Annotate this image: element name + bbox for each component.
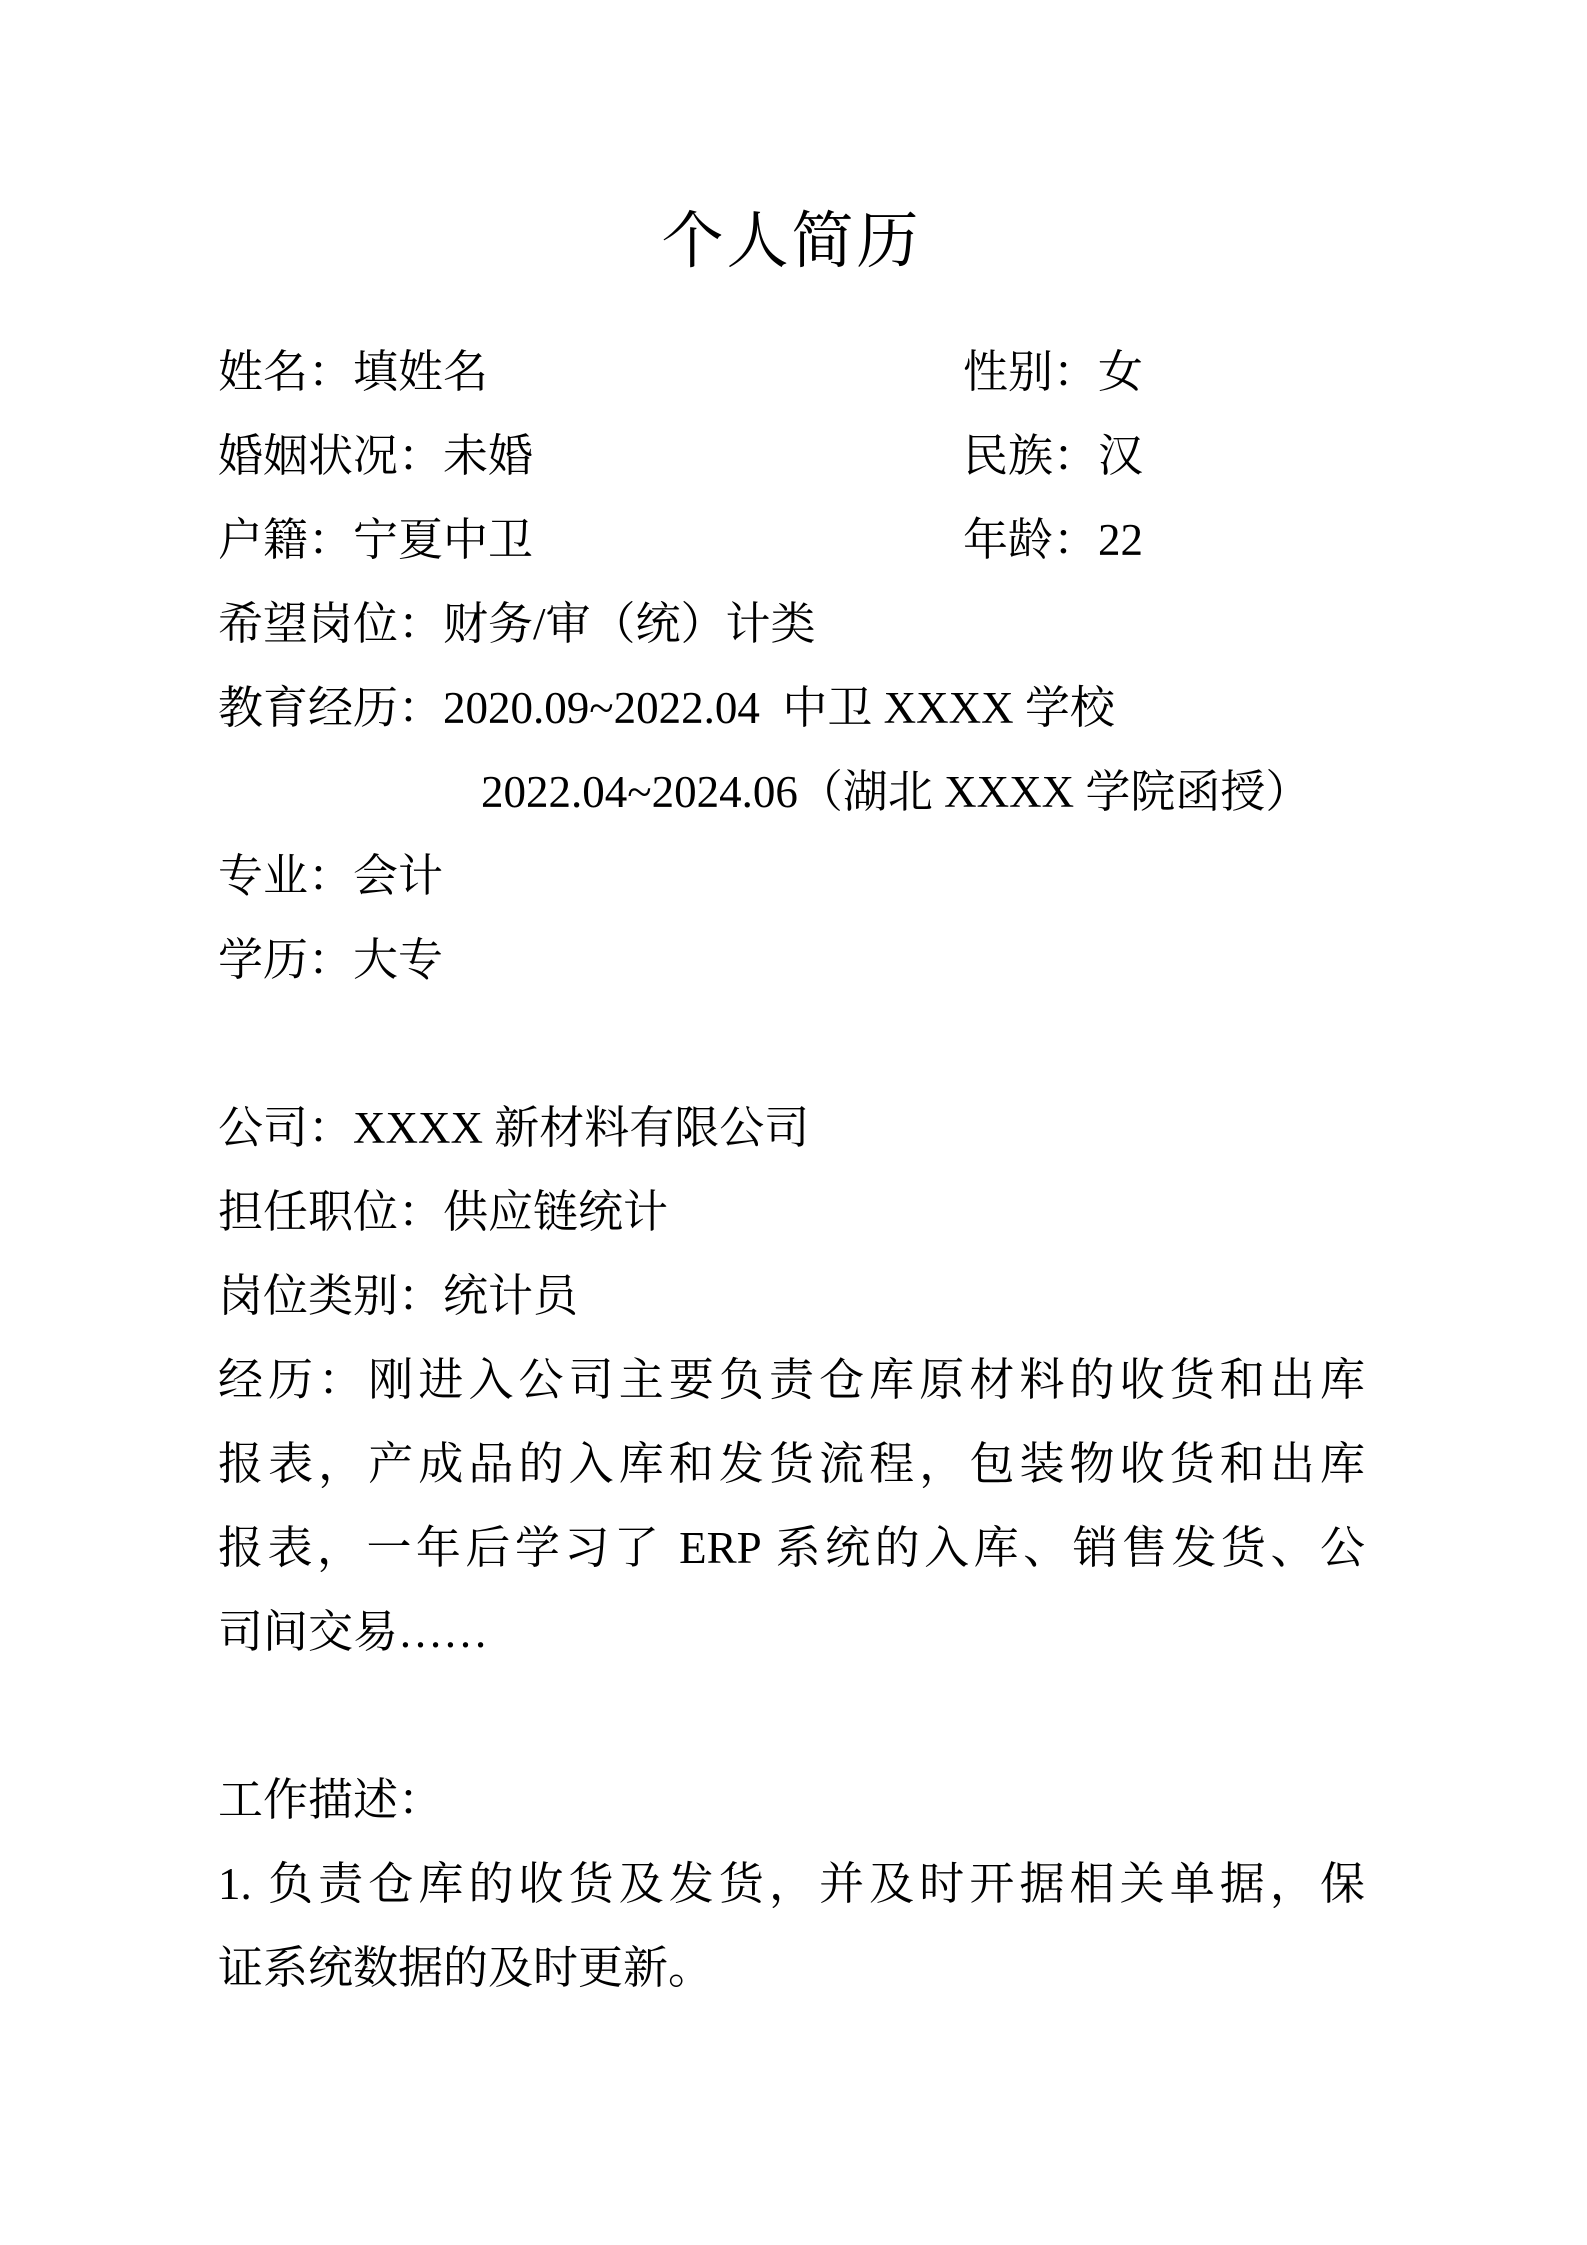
field-experience-label: 经历： (218, 1355, 368, 1405)
field-major: 专业：会计 (218, 834, 1365, 918)
field-education-label: 教育经历： (218, 683, 443, 733)
field-name-label: 姓名： (218, 347, 353, 397)
field-age-label: 年龄： (963, 515, 1098, 565)
experience-text-3: 报表，一年后学习了 ERP 系统的入库、销售发货、公 (218, 1523, 1365, 1573)
field-name: 姓名：填姓名 (218, 330, 963, 414)
field-major-label: 专业： (218, 851, 353, 901)
field-education-line2: 2022.04~2024.06（湖北 XXXX 学院函授） (218, 750, 1365, 834)
field-degree-label: 学历： (218, 935, 353, 985)
job-description-item1-line2: 证系统数据的及时更新。 (218, 1926, 1365, 2010)
field-education-entry-1: 2020.09~2022.04 中卫 XXXX 学校 (443, 683, 1115, 733)
field-age: 年龄：22 (963, 498, 1365, 582)
job-description-item1-line1: 1. 负责仓库的收货及发货，并及时开据相关单据，保 (218, 1842, 1365, 1926)
experience-paragraph-line4: 司间交易…… (218, 1590, 1365, 1674)
field-position-value: 供应链统计 (443, 1187, 668, 1237)
row-name-gender: 姓名：填姓名 性别：女 (218, 330, 1365, 414)
row-marital-ethnicity: 婚姻状况：未婚 民族：汉 (218, 414, 1365, 498)
spacer-line (218, 1002, 1365, 1086)
field-degree: 学历：大专 (218, 918, 1365, 1002)
experience-text-1: 刚进入公司主要负责仓库原材料的收货和出库 (368, 1355, 1365, 1405)
field-residence-label: 户籍： (218, 515, 353, 565)
field-ethnicity-label: 民族： (963, 431, 1098, 481)
field-gender-value: 女 (1098, 347, 1143, 397)
experience-paragraph-line1: 经历：刚进入公司主要负责仓库原材料的收货和出库 (218, 1338, 1365, 1422)
page-title: 个人简历 (218, 192, 1365, 292)
field-residence-value: 宁夏中卫 (353, 515, 533, 565)
experience-text-2: 报表，产成品的入库和发货流程，包装物收货和出库 (218, 1439, 1365, 1489)
field-company-value: XXXX 新材料有限公司 (353, 1103, 809, 1153)
experience-paragraph-line3: 报表，一年后学习了 ERP 系统的入库、销售发货、公 (218, 1506, 1365, 1590)
resume-body: 姓名：填姓名 性别：女 婚姻状况：未婚 民族：汉 户籍：宁夏中卫 年龄：22 希… (218, 330, 1365, 2010)
field-desired-position: 希望岗位：财务/审（统）计类 (218, 582, 1365, 666)
field-major-value: 会计 (353, 851, 443, 901)
field-age-value: 22 (1098, 515, 1143, 565)
resume-content: 个人简历 姓名：填姓名 性别：女 婚姻状况：未婚 民族：汉 户籍：宁夏中卫 年龄… (218, 0, 1365, 2010)
field-job-category: 岗位类别：统计员 (218, 1254, 1365, 1338)
field-ethnicity-value: 汉 (1098, 431, 1143, 481)
field-job-category-label: 岗位类别： (218, 1271, 443, 1321)
field-education-line1: 教育经历：2020.09~2022.04 中卫 XXXX 学校 (218, 666, 1365, 750)
field-residence: 户籍：宁夏中卫 (218, 498, 963, 582)
field-company-label: 公司： (218, 1103, 353, 1153)
field-education-entry-2: 2022.04~2024.06（湖北 XXXX 学院函授） (481, 767, 1310, 817)
field-name-value: 填姓名 (353, 347, 488, 397)
spacer-line (218, 1674, 1365, 1758)
field-desired-position-value: 财务/审（统）计类 (443, 599, 816, 649)
field-gender: 性别：女 (963, 330, 1365, 414)
field-marital-status: 婚姻状况：未婚 (218, 414, 963, 498)
experience-paragraph-line2: 报表，产成品的入库和发货流程，包装物收货和出库 (218, 1422, 1365, 1506)
field-degree-value: 大专 (353, 935, 443, 985)
field-marital-status-value: 未婚 (443, 431, 533, 481)
job-description-heading: 工作描述： (218, 1758, 1365, 1842)
field-position: 担任职位：供应链统计 (218, 1170, 1365, 1254)
resume-page: 个人简历 姓名：填姓名 性别：女 婚姻状况：未婚 民族：汉 户籍：宁夏中卫 年龄… (0, 0, 1587, 2245)
field-company: 公司：XXXX 新材料有限公司 (218, 1086, 1365, 1170)
job-description-text-2: 证系统数据的及时更新。 (218, 1943, 713, 1993)
field-marital-status-label: 婚姻状况： (218, 431, 443, 481)
job-description-text-1: 1. 负责仓库的收货及发货，并及时开据相关单据，保 (218, 1859, 1365, 1909)
experience-text-4: 司间交易…… (218, 1607, 488, 1657)
row-residence-age: 户籍：宁夏中卫 年龄：22 (218, 498, 1365, 582)
field-desired-position-label: 希望岗位： (218, 599, 443, 649)
field-position-label: 担任职位： (218, 1187, 443, 1237)
job-description-heading-text: 工作描述： (218, 1775, 443, 1825)
field-ethnicity: 民族：汉 (963, 414, 1365, 498)
field-gender-label: 性别： (963, 347, 1098, 397)
field-job-category-value: 统计员 (443, 1271, 578, 1321)
